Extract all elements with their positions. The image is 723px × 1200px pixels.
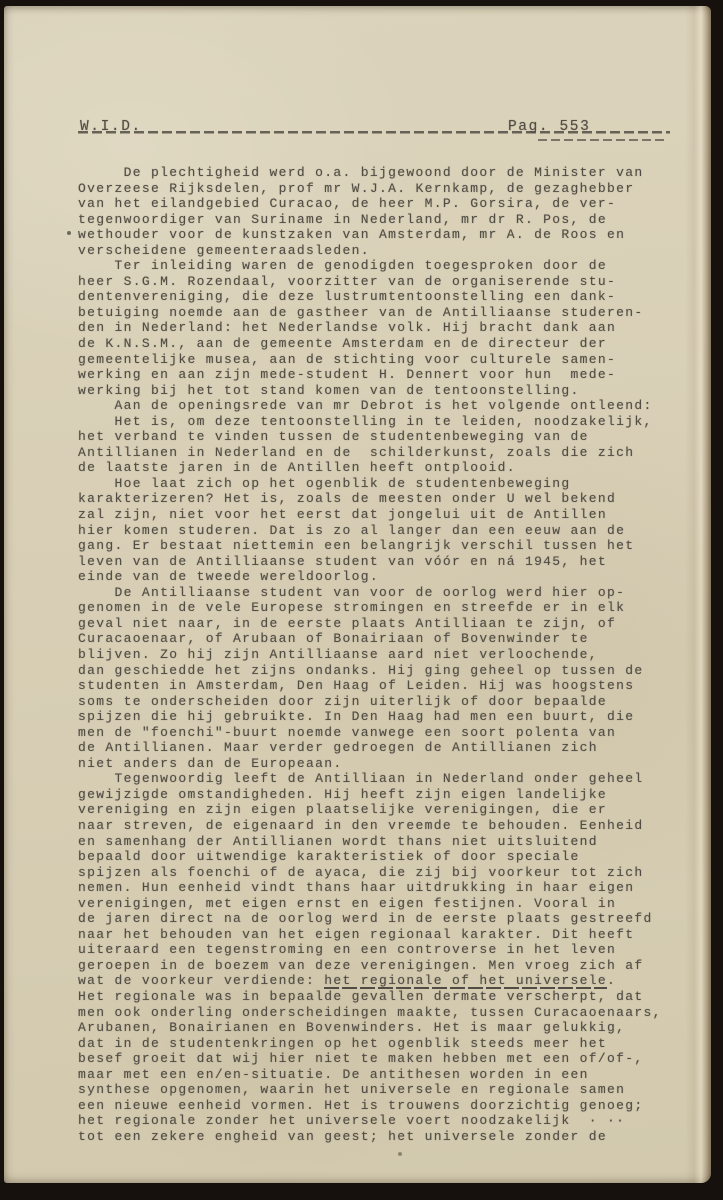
text-line: studenten in Amsterdam, Den Haag of Leid…: [78, 678, 678, 694]
text-line: en samenhang der Antillianen wordt thans…: [78, 834, 678, 850]
text-line: blijven. Zo hij zijn Antilliaanse aard n…: [78, 647, 678, 663]
document-code: W.I.D.: [80, 119, 142, 135]
text-line: besef groeit dat wij hier niet te maken …: [78, 1051, 678, 1067]
text-line: dat in de studentenkringen op het ogenbl…: [78, 1036, 678, 1052]
document-body: De plechtigheid werd o.a. bijgewoond doo…: [78, 165, 678, 1144]
text-line: men ook onderling onderscheidingen maakt…: [78, 1005, 678, 1021]
text-line: maar met een en/en-situatie. De antithes…: [78, 1067, 678, 1083]
text-line: wat de voorkeur verdiende: het regionale…: [78, 973, 678, 989]
text-line: men de "foenchi"-buurt noemde vanwege ee…: [78, 725, 678, 741]
scanned-document-photo: { "colors":{ "background":"#16110d", "pa…: [0, 0, 723, 1200]
document-page: W.I.D. Pag. 553 De plechtigheid werd o.a…: [4, 6, 711, 1183]
dashed-rule-fragment: [538, 139, 668, 142]
text-line: Tegenwoordig leeft de Antilliaan in Nede…: [78, 771, 678, 787]
text-line: soms te onderscheiden door zijn uiterlij…: [78, 694, 678, 710]
text-line: de jaren direct na de oorlog werd in de …: [78, 911, 678, 927]
text-line: spijzen als foenchi of de ayaca, die zij…: [78, 865, 678, 881]
text-line: dentenvereniging, die deze lustrumtentoo…: [78, 289, 678, 305]
text-line: de laatste jaren in de Antillen heeft on…: [78, 460, 678, 476]
text-line: werking en aan zijn mede-student H. Denn…: [78, 367, 678, 383]
text-line: Hoe laat zich op het ogenblik de student…: [78, 476, 678, 492]
text-line: naar het behouden van het eigen regionaa…: [78, 927, 678, 943]
text-line: heer S.G.M. Rozendaal, voorzitter van de…: [78, 274, 678, 290]
text-line: verscheidene gemeenteraadsleden.: [78, 243, 678, 259]
text-line: Aan de openingsrede van mr Debrot is het…: [78, 398, 678, 414]
text-line: werking bij het tot stand komen van de t…: [78, 383, 678, 399]
text-line: het regionale zonder het universele voer…: [78, 1113, 678, 1129]
text-line: nemen. Hun eenheid vindt thans haar uitd…: [78, 880, 678, 896]
text-line: gang. Er bestaat niettemin een belangrij…: [78, 538, 678, 554]
text-line: Antillianen in Nederland en de schilderk…: [78, 445, 678, 461]
page-number: Pag. 553: [508, 119, 590, 135]
text-line: tot een zekere engheid van geest; het un…: [78, 1129, 678, 1145]
text-line: synthese opgenomen, waarin het universel…: [78, 1082, 678, 1098]
text-line: naar streven, de eigenaard in den vreemd…: [78, 818, 678, 834]
text-line: vereniging en zijn eigen plaatselijke ve…: [78, 802, 678, 818]
text-line: geval niet naar, in de eerste plaats Ant…: [78, 616, 678, 632]
text-line: einde van de tweede wereldoorlog.: [78, 569, 678, 585]
text-line: genomen in de vele Europese stromingen e…: [78, 600, 678, 616]
page-header: W.I.D. Pag. 553: [78, 108, 670, 138]
text-line: den in Nederland: het Nederlandse volk. …: [78, 320, 678, 336]
text-line: het verband te vinden tussen de studente…: [78, 429, 678, 445]
text-line: dan geschiedde het zijns ondanks. Hij gi…: [78, 663, 678, 679]
underlined-phrase: het regionale of het universele: [324, 973, 607, 989]
text-line: Ter inleiding waren de genodigden toeges…: [78, 258, 678, 274]
text-line: gemeentelijke musea, aan de stichting vo…: [78, 352, 678, 368]
text-line: de Antillianen. Maar verder gedroegen de…: [78, 740, 678, 756]
text-line: wethouder voor de kunstzaken van Amsterd…: [78, 227, 678, 243]
text-line: uiteraard een tegenstroming en een contr…: [78, 942, 678, 958]
text-line: geroepen in de boezem van deze verenigin…: [78, 958, 678, 974]
text-line: De Antilliaanse student van voor de oorl…: [78, 585, 678, 601]
text-line: tegenwoordiger van Suriname in Nederland…: [78, 212, 678, 228]
text-line: leven van de Antilliaanse student van vó…: [78, 554, 678, 570]
text-line: bepaald door uitwendige karakteristiek o…: [78, 849, 678, 865]
text-line: van het eilandgebied Curacao, de heer M.…: [78, 196, 678, 212]
text-line: De plechtigheid werd o.a. bijgewoond doo…: [78, 165, 678, 181]
typewritten-text-layer: W.I.D. Pag. 553 De plechtigheid werd o.a…: [4, 6, 711, 1183]
text-line: een nieuwe eenheid vormen. Het is trouwe…: [78, 1098, 678, 1114]
text-line: karakterizeren? Het is, zoals de meesten…: [78, 491, 678, 507]
text-line: zal zijn, niet voor het eerst dat jongel…: [78, 507, 678, 523]
margin-ink-dot: [67, 231, 71, 235]
text-line: Het is, om deze tentoonstelling in te le…: [78, 414, 678, 430]
text-line: de K.N.S.M., aan de gemeente Amsterdam e…: [78, 336, 678, 352]
text-line: betuiging noemde aan de gastheer van de …: [78, 305, 678, 321]
text-line: verenigingen, met eigen ernst en eigen f…: [78, 896, 678, 912]
text-line: Het regionale was in bepaalde gevallen d…: [78, 989, 678, 1005]
text-line: Curacaoenaar, of Arubaan of Bonairiaan o…: [78, 631, 678, 647]
text-line: niet anders dan de Europeaan.: [78, 756, 678, 772]
text-line: Overzeese Rijksdelen, prof mr W.J.A. Ker…: [78, 181, 678, 197]
text-line: hier komen studeren. Dat is zo al langer…: [78, 523, 678, 539]
text-line: gewijzigde omstandigheden. Hij heeft zij…: [78, 787, 678, 803]
text-line: Arubanen, Bonairianen en Bovenwinders. H…: [78, 1020, 678, 1036]
ink-speck: [398, 1152, 402, 1156]
text-line: spijzen die hij gebruikte. In Den Haag h…: [78, 709, 678, 725]
